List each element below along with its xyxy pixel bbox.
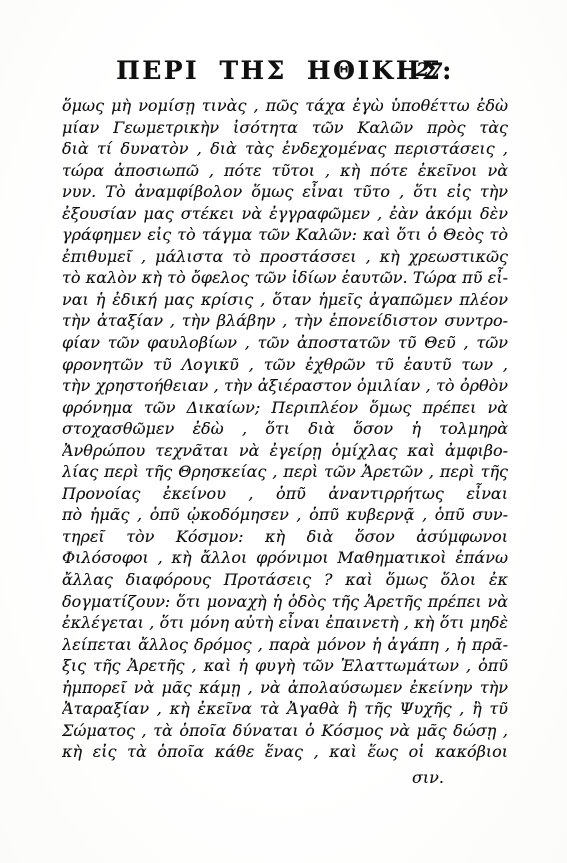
text-line: νυν. Τὸ ἀναμφίβολον ὅμως εἶναι τῦτο , ὅτ… xyxy=(62,181,508,203)
text-line: φίαν τῶν φαυλοβίων , τῶν ἀποστατῶν τῦ Θε… xyxy=(62,332,508,354)
text-line: στοχασθῶμεν ἐδὼ , ὅτι διὰ ὅσον ἡ τολμηρὰ… xyxy=(62,418,508,440)
text-line: διὰ τί δυνατὸν , διὰ τὰς ἐνδεχομένας περ… xyxy=(62,138,508,160)
body-text: ὅμως μὴ νομίσῃ τινὰς , πῶς τάχα ἐγὼ ὑποθ… xyxy=(62,95,508,763)
text-line: Ἀνθρώπου τεχνᾶται νὰ ἐγείρῃ ὁμίχλας καὶ … xyxy=(62,440,508,462)
text-line: κὴ εἰς τὰ ὁποῖα κάθε ἕνας , καὶ ἕως οἱ κ… xyxy=(62,741,508,763)
scanned-book-page: ΠΕΡΙ ΤΗΣ ΗΘΙΚΗΣ: 27 ὅμως μὴ νομίσῃ τινὰς… xyxy=(0,0,567,863)
text-line: δογματίζουν: ὅτι μοναχὴ ἡ ὁδὸς τῆς Ἀρετῆ… xyxy=(62,591,508,613)
text-line: γράφημεν εἰς τὸ τάγμα τῶν Καλῶν: καὶ ὅτι… xyxy=(62,224,508,246)
text-line: ἠμπορεῖ νὰ μᾶς κάμῃ , νὰ ἀπολαύσωμεν ἐκε… xyxy=(62,677,508,699)
text-line: ἄλλας διαφόρους Προτάσεις ? καὶ ὅμως ὅλο… xyxy=(62,569,508,591)
text-line: ὅμως μὴ νομίσῃ τινὰς , πῶς τάχα ἐγὼ ὑποθ… xyxy=(62,95,508,117)
catchword-row: σιν. xyxy=(62,767,444,788)
text-line: μίαν Γεωμετρικὴν ἰσότητα τῶν Καλῶν πρὸς … xyxy=(62,117,508,139)
catchword: σιν. xyxy=(412,768,444,787)
page-number: 27 xyxy=(416,59,442,81)
text-line: τὴν ἀταξίαν , τὴν βλάβην , τὴν ἐπονείδισ… xyxy=(62,310,508,332)
text-line: τὸ καλὸν κὴ τὸ ὄφελος τῶν ἰδίων ἑαυτῶν. … xyxy=(62,267,508,289)
text-line: Φιλόσοφοι , κὴ ἄλλοι φρόνιμοι Μαθηματικο… xyxy=(62,547,508,569)
text-line: ναι ἡ ἐδική μας κρίσις , ὅταν ἡμεῖς ἀγαπ… xyxy=(62,289,508,311)
text-line: τὴν χρηστοήθειαν , τὴν ἀξιέραστον ὁμιλία… xyxy=(62,375,508,397)
text-line: λίας περὶ τῆς Θρησκείας , περὶ τῶν Ἀρετῶ… xyxy=(62,461,508,483)
text-line: τώρα ἀποσιωπῶ , πότε τῦτοι , κὴ πότε ἐκε… xyxy=(62,160,508,182)
text-line: πὸ ἡμᾶς , ὁπῦ ᾠκοδόμησεν , ὁπῦ κυβερνᾷ ,… xyxy=(62,504,508,526)
text-line: λείπεται ἄλλος δρόμος , παρὰ μόνον ἡ ἀγά… xyxy=(62,634,508,656)
text-line: ἐπιθυμεῖ , μάλιστα τὸ προστάσσει , κὴ χρ… xyxy=(62,246,508,268)
text-line: Σώματος , τὰ ὁποῖα δύναται ὁ Κόσμος νὰ μ… xyxy=(62,720,508,742)
text-line: τηρεῖ τὸν Κόσμον: κὴ διὰ ὅσον ἀσύμφωνοι … xyxy=(62,526,508,548)
text-line: Ἀταραξίαν , κὴ ἐκεῖνα τὰ Ἀγαθὰ ἢ τῆς Ψυχ… xyxy=(62,698,508,720)
text-line: Προνοίας ἐκείνου , ὁπῦ ἀναντιρρήτως εἶνα… xyxy=(62,483,508,505)
text-line: φρονητῶν τῦ Λογικῦ , τῶν ἐχθρῶν τῦ ἑαυτῦ… xyxy=(62,354,508,376)
text-line: ἐκλέγεται , ὅτι μόνη αὐτὴ εἶναι ἐπαινετὴ… xyxy=(62,612,508,634)
text-line: ξις τῆς Ἀρετῆς , καὶ ἡ φυγὴ τῶν Ἐλαττωμά… xyxy=(62,655,508,677)
text-line: φρόνημα τῶν Δικαίων; Περιπλέον ὅμως πρέπ… xyxy=(62,397,508,419)
page-header: ΠΕΡΙ ΤΗΣ ΗΘΙΚΗΣ: 27 xyxy=(62,56,508,88)
text-line: ἐξουσίαν μας στέκει νὰ ἐγγραφῶμεν , ἐὰν … xyxy=(62,203,508,225)
